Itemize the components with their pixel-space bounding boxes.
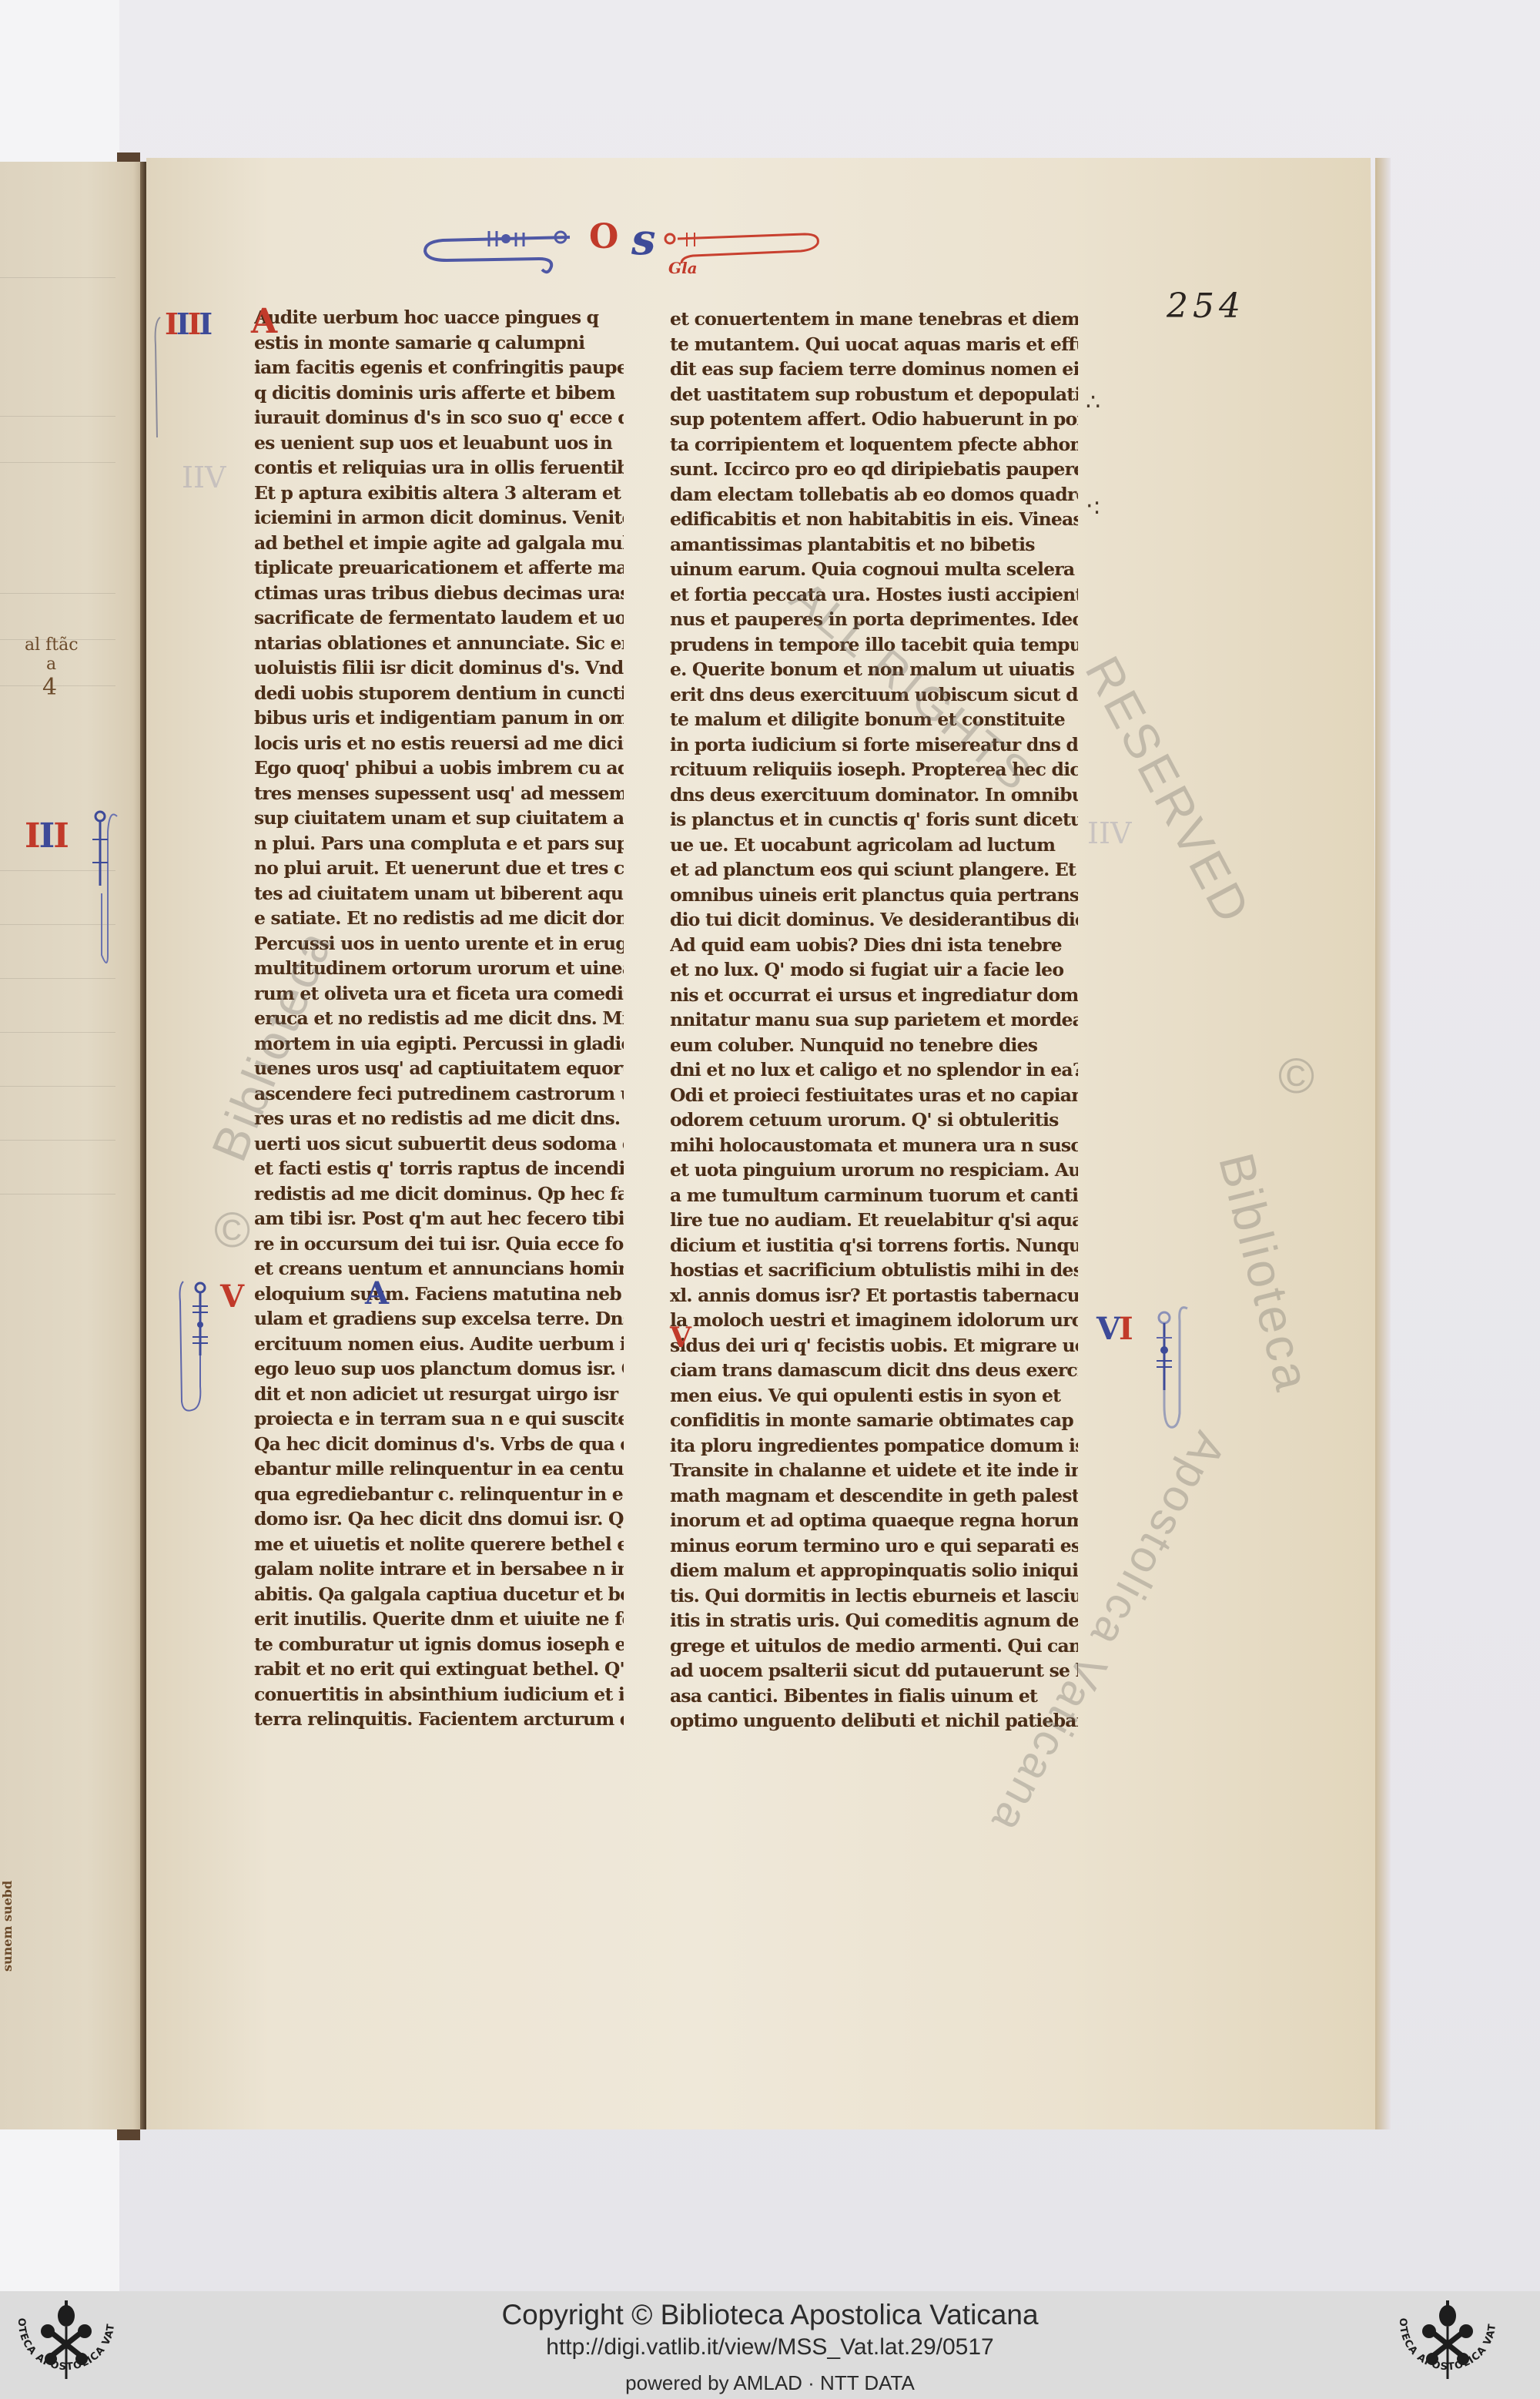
show-through-chapter-2: IIV — [1087, 816, 1131, 850]
text-line: et conuertentem in mane tenebras et diem… — [670, 307, 1078, 332]
text-line: itis in stratis uris. Qui comeditis agnu… — [670, 1608, 1078, 1633]
text-line: te malum et diligite bonum et constituit… — [670, 707, 1078, 732]
text-line: tis. Qui dormitis in lectis eburneis et … — [670, 1583, 1078, 1609]
text-column-right: et conuertentem in mane tenebras et diem… — [670, 307, 1078, 1734]
text-line: diem malum et appropinquatis solio iniqu… — [670, 1558, 1078, 1583]
text-line: contis et reliquias ura in ollis feruent… — [254, 455, 624, 481]
text-line: iciemini in armon dicit dominus. Venite — [254, 505, 624, 531]
text-line: uenes uros usq' ad captiuitatem equorum … — [254, 1056, 624, 1081]
text-line: mortem in uia egipti. Percussi in gladio… — [254, 1031, 624, 1057]
text-line: abitis. Qa galgala captiua ducetur et be… — [254, 1582, 624, 1607]
text-line: Ego quoq' phibui a uobis imbrem cu adhuc — [254, 756, 624, 781]
text-line: iam facitis egenis et confringitis paupe — [254, 355, 624, 380]
text-line: nis et occurrat ei ursus et ingrediatur … — [670, 983, 1078, 1008]
text-line: la moloch uestri et imaginem idolorum ur… — [670, 1308, 1078, 1333]
margin-dots: ∴ — [1086, 389, 1100, 416]
text-line: lire tue no audiam. Et reuelabitur q'si … — [670, 1208, 1078, 1233]
text-line: tes ad ciuitatem unam ut biberent aqua e… — [254, 881, 624, 906]
text-line: terra relinquitis. Facientem arcturum et… — [254, 1707, 624, 1732]
text-line: ego leuo sup uos planctum domus isr. Cec… — [254, 1356, 624, 1382]
vatican-library-logo-icon-right: BIBLIOTECA APOSTOLICA VATICANA — [1386, 2299, 1509, 2395]
text-line: ntarias oblationes et annunciate. Sic en… — [254, 631, 624, 656]
verso-vertical-text: sunem suebd — [0, 1818, 12, 1972]
running-title-right: s — [631, 214, 656, 265]
margin-note-3: 4 — [42, 674, 57, 701]
text-line: sidus dei uri q' fecistis uobis. Et migr… — [670, 1333, 1078, 1359]
text-line: proiecta e in terram sua n e qui suscite… — [254, 1406, 624, 1432]
watermark-copyright-left: © — [214, 1201, 253, 1258]
text-line: inorum et ad optima quaeque regna horum … — [670, 1508, 1078, 1533]
text-line: Audite uerbum hoc uacce pingues q — [254, 305, 624, 330]
text-line: ad uocem psalterii sicut dd putauerunt s… — [670, 1658, 1078, 1684]
text-line: erit inutilis. Querite dnm et uiuite ne … — [254, 1607, 624, 1632]
paragraph-flourish-icon — [176, 1271, 214, 1417]
text-line: amantissimas plantabitis et no bibetis — [670, 532, 1078, 558]
text-line: eloquium suum. Faciens matutina neb — [254, 1282, 624, 1307]
text-line: locis uris et no estis reuersi ad me dic… — [254, 731, 624, 756]
text-line: et fortia peccata ura. Hostes iusti acci… — [670, 582, 1078, 608]
text-line: tiplicate preuaricationem et afferte man… — [254, 555, 624, 581]
paragraph-flourish-icon — [1147, 1298, 1201, 1436]
text-line: uinum earum. Quia cognoui multa scelera … — [670, 557, 1078, 582]
copyright-footer: Copyright © Biblioteca Apostolica Vatica… — [0, 2291, 1540, 2399]
text-line: dit et non adiciet ut resurgat uirgo isr — [254, 1382, 624, 1407]
text-line: grege et uitulos de medio armenti. Qui c… — [670, 1633, 1078, 1659]
text-line: sup potentem affert. Odio habuerunt in p… — [670, 407, 1078, 432]
chapter-marker-6: VI — [1096, 1311, 1132, 1347]
text-line: iurauit dominus d's in sco suo q' ecce d… — [254, 405, 624, 431]
text-line: omnibus uineis erit planctus quia pertra… — [670, 883, 1078, 908]
text-line: domo isr. Qa hec dicit dns domui isr. Qu… — [254, 1506, 624, 1532]
text-line: confiditis in monte samarie obtimates ca… — [670, 1408, 1078, 1433]
vatican-library-logo-icon: BIBLIOTECA APOSTOLICA VATICANA — [5, 2299, 128, 2395]
text-line: minus eorum termino uro e qui separati e… — [670, 1533, 1078, 1559]
decorated-initial-a-2: A — [365, 1275, 389, 1312]
margin-note: al ftãc — [25, 635, 79, 655]
text-line: Transite in chalanne et uidete et ite in… — [670, 1458, 1078, 1483]
text-line: Qa hec dicit dominus d's. Vrbs de qua eg… — [254, 1432, 624, 1457]
page-edge — [1375, 158, 1391, 2129]
text-line: no plui aruit. Et uenerunt due et tres c… — [254, 856, 624, 881]
text-line: Ad quid eam uobis? Dies dni ista tenebre — [670, 933, 1078, 958]
powered-by-text: powered by AMLAD · NTT DATA — [0, 2371, 1540, 2395]
text-line: is planctus et in cunctis q' foris sunt … — [670, 807, 1078, 833]
text-line: et uota pinguium urorum no respiciam. Au… — [670, 1158, 1078, 1183]
text-line: hostias et sacrificium obtulistis mihi i… — [670, 1258, 1078, 1283]
text-line: ita ploru ingredientes pompatice domum i… — [670, 1433, 1078, 1459]
text-line: q dicitis dominis uris afferte et bibem — [254, 380, 624, 406]
text-line: re in occursum dei tui isr. Quia ecce fo… — [254, 1231, 624, 1257]
text-line: math magnam et descendite in geth palest — [670, 1483, 1078, 1509]
decorated-initial-v: V — [670, 1322, 691, 1354]
text-line: ulam et gradiens sup excelsa terre. Dns … — [254, 1306, 624, 1332]
text-line: galam nolite intrare et in bersabee n in… — [254, 1556, 624, 1582]
text-line: uerti uos sicut subuertit deus sodoma et… — [254, 1131, 624, 1157]
verso-page: al ftãc a 4 IIIIII sunem suebd — [0, 162, 145, 2129]
text-line: sacrificate de fermentato laudem et uoca… — [254, 605, 624, 631]
text-line: edificabitis et non habitabitis in eis. … — [670, 507, 1078, 532]
text-line: estis in monte samarie q calumpni — [254, 330, 624, 356]
text-line: sunt. Iccirco pro eo qd diripiebatis pau… — [670, 457, 1078, 482]
folio-number: 254 — [1167, 286, 1245, 326]
margin-line-flourish — [152, 314, 163, 445]
text-line: am tibi isr. Post q'm aut hec fecero tib… — [254, 1206, 624, 1231]
text-line: ebantur mille relinquentur in ea centum.… — [254, 1456, 624, 1482]
text-line: ercituum nomen eius. Audite uerbum istud… — [254, 1332, 624, 1357]
text-line: nnitatur manu sua sup parietem et mordea… — [670, 1007, 1078, 1033]
text-line: res uras et no redistis ad me dicit dns.… — [254, 1106, 624, 1131]
text-line: te mutantem. Qui uocat aquas maris et ef… — [670, 332, 1078, 357]
text-line: dam electam tollebatis ab eo domos quadr… — [670, 482, 1078, 508]
permalink-url[interactable]: http://digi.vatlib.it/view/MSS_Vat.lat.2… — [0, 2334, 1540, 2360]
text-line: dio tui dicit dominus. Ve desiderantibus… — [670, 907, 1078, 933]
text-line: ue ue. Et uocabunt agricolam ad luctum — [670, 833, 1078, 858]
running-title-left: O — [589, 217, 618, 256]
text-line: et creans uentum et annuncians homini — [254, 1256, 624, 1282]
text-line: dni et no lux et caligo et no splendor i… — [670, 1057, 1078, 1083]
text-line: tres menses supessent usq' ad messem. Et… — [254, 781, 624, 806]
running-title-gloss: Gla — [668, 259, 698, 277]
margin-note-2: a — [46, 655, 56, 674]
text-line: ad bethel et impie agite ad galgala mul — [254, 531, 624, 556]
text-line: optimo unguento delibuti et nichil patie… — [670, 1708, 1078, 1734]
text-line: et no lux. Q' modo si fugiat uir a facie… — [670, 957, 1078, 983]
decorated-initial-a: A — [251, 302, 277, 341]
paragraph-flourish-icon — [86, 801, 125, 1001]
text-line: e satiate. Et no redistis ad me dicit do… — [254, 906, 624, 931]
text-line: conuertitis in absinthium iudicium et iu… — [254, 1682, 624, 1707]
text-line: mihi holocaustomata et munera ura n susc… — [670, 1133, 1078, 1158]
verso-chapter-marker: IIIIII — [25, 816, 68, 856]
text-line: te comburatur ut ignis domus ioseph et d… — [254, 1632, 624, 1657]
show-through-chapter: IIV — [182, 461, 226, 494]
text-line: rabit et no erit qui extinguat bethel. Q… — [254, 1657, 624, 1682]
text-line: et ad planctum eos qui sciunt plangere. … — [670, 857, 1078, 883]
text-line: eum coluber. Nunquid no tenebre dies — [670, 1033, 1078, 1058]
text-line: asa cantici. Bibentes in fialis uinum et — [670, 1684, 1078, 1709]
text-line: a me tumultum carminum tuorum et cantica — [670, 1183, 1078, 1208]
text-line: ctimas uras tribus diebus decimas uras. … — [254, 581, 624, 606]
text-line: dicium et iustitia q'si torrens fortis. … — [670, 1233, 1078, 1258]
text-line: ciam trans damascum dicit dns deus exerc… — [670, 1358, 1078, 1383]
text-line: Odi et proieci festiuitates uras et no c… — [670, 1083, 1078, 1108]
text-line: uoluistis filii isr dicit dominus d's. V… — [254, 655, 624, 681]
text-line: sup ciuitatem unam et sup ciuitatem alte… — [254, 806, 624, 831]
text-line: qua egrediebantur c. relinquentur in ea … — [254, 1482, 624, 1507]
margin-dots-2: ·: — [1086, 493, 1101, 520]
text-line: det uastitatem sup robustum et depopulat… — [670, 382, 1078, 407]
text-line: odorem cetuum urorum. Q' si obtuleritis — [670, 1107, 1078, 1133]
binding-tab-bottom — [117, 2129, 140, 2140]
text-line: es uenient sup uos et leuabunt uos in — [254, 431, 624, 456]
text-line: Et p aptura exibitis altera 3 alteram et… — [254, 481, 624, 506]
text-line: ascendere feci putredinem castrorum uror… — [254, 1081, 624, 1107]
chapter-marker-4: IIII — [165, 307, 210, 341]
text-line: n plui. Pars una compluta e et pars sup … — [254, 831, 624, 856]
copyright-text: Copyright © Biblioteca Apostolica Vatica… — [0, 2299, 1540, 2331]
text-line: xl. annis domus isr? Et portastis tabern… — [670, 1283, 1078, 1308]
text-line: me et uiuetis et nolite querere bethel e… — [254, 1532, 624, 1557]
text-line: redistis ad me dicit dominus. Qp hec fac… — [254, 1181, 624, 1207]
text-line: et facti estis q' torris raptus de incen… — [254, 1156, 624, 1181]
text-line: dit eas sup faciem terre dominus nomen e… — [670, 357, 1078, 382]
chapter-marker-5: V — [220, 1278, 244, 1315]
text-line: men eius. Ve qui opulenti estis in syon … — [670, 1383, 1078, 1409]
text-line: ta corripientem et loquentem pfecte abho… — [670, 432, 1078, 457]
watermark-copyright-right: © — [1278, 1047, 1317, 1104]
text-line: dedi uobis stuporem dentium in cunctis u… — [254, 681, 624, 706]
text-line: bibus uris et indigentiam panum in omnib — [254, 705, 624, 731]
